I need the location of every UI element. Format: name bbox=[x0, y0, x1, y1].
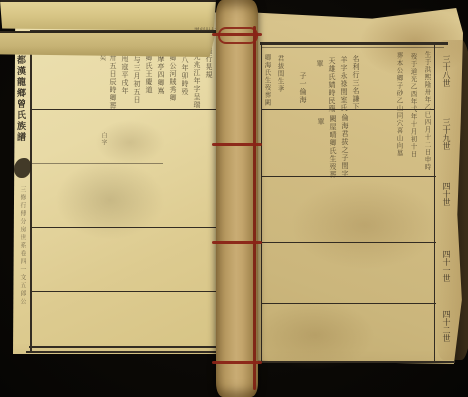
left-grid-line-2 bbox=[31, 163, 163, 164]
right-grid-line-2 bbox=[262, 176, 436, 177]
right-grid-top-border bbox=[260, 42, 448, 45]
generation-label-42: 四十二世 bbox=[441, 310, 452, 342]
binding-thread-tie-2 bbox=[212, 143, 262, 146]
binding-thread-tie-3 bbox=[212, 241, 262, 244]
generation-label-40: 四十世 bbox=[441, 182, 452, 206]
entry-column: 子一倫海 bbox=[299, 72, 306, 104]
left-grid-bottom-border-2 bbox=[26, 351, 226, 353]
left-grid-line-4 bbox=[31, 291, 218, 292]
right-grid-left-border bbox=[261, 42, 262, 362]
genealogy-book-photo: 曾都漢龍鄉曾氏族譜 三修行傳分房世系卷四一文五郎公 瑕趨行晃規 三瑞光兆江年字呈… bbox=[0, 0, 468, 397]
spine-title: 曾都漢龍鄉曾氏族譜 bbox=[15, 44, 24, 143]
binding-thread-tie-4 bbox=[212, 361, 262, 364]
binding-strip bbox=[216, 0, 258, 397]
entry-column: 倫海君拔之子閏字 bbox=[341, 114, 348, 178]
right-grid-bottom-border bbox=[257, 361, 455, 363]
generation-label-39: 三十九世 bbox=[441, 118, 452, 150]
entry-column: 單 bbox=[317, 118, 324, 126]
entry-column: 羊字永祿閏室氏 bbox=[340, 56, 347, 112]
left-grid-bottom-border-1 bbox=[29, 346, 222, 348]
right-grid-top-border-2 bbox=[262, 47, 444, 48]
entry-column: 名利行三名謙下 bbox=[352, 55, 359, 111]
entry-column: 卿海氏生歿葬闕 bbox=[264, 54, 271, 107]
left-grid-line-3 bbox=[31, 227, 218, 228]
left-page-edge-stack bbox=[0, 0, 216, 31]
binding-thread-vertical bbox=[253, 26, 256, 390]
entry-column: 單 bbox=[316, 60, 323, 68]
generation-label-38: 三十八世 bbox=[441, 55, 452, 87]
left-grid-line-1 bbox=[31, 109, 217, 110]
entry-column: 葬本公卿子砂乙山同穴喜山向墓 bbox=[396, 52, 403, 157]
entry-column: 闕屋晴卿氏生歿葬 bbox=[329, 115, 336, 179]
leaf-edge-text: 三修行傳分房世系卷四一文五郎公 bbox=[19, 186, 25, 306]
entry-column: 天雄氏婧時民殤 bbox=[328, 57, 335, 113]
binding-thread-tie-1 bbox=[212, 33, 262, 36]
left-grid-left-border bbox=[30, 30, 32, 352]
generation-label-41: 四十一世 bbox=[441, 250, 452, 282]
corner-note: 白字 bbox=[100, 132, 106, 146]
right-grid-line-4 bbox=[262, 303, 436, 304]
right-grid-line-3 bbox=[262, 242, 436, 243]
right-grid-right-border bbox=[434, 44, 435, 362]
entry-column: 生于洪熙隆卅年乙巳四月十二日申時 bbox=[424, 51, 431, 171]
right-page-edge-stack bbox=[0, 31, 216, 57]
entry-column: 君拔閏生斈 bbox=[277, 55, 284, 93]
entry-column: 歿于道光乙酉年弌年十月初十日 bbox=[410, 53, 417, 158]
